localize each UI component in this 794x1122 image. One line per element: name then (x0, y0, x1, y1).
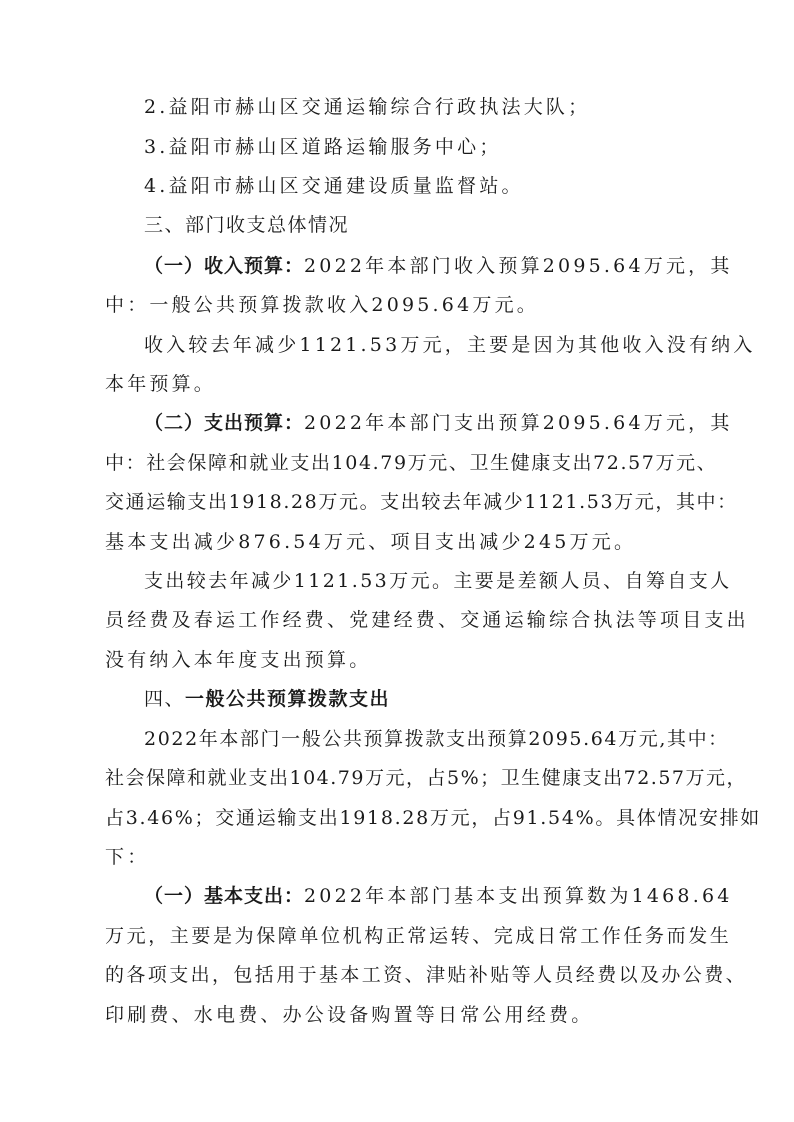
list-item-3: 3.益阳市赫山区道路运输服务中心； (144, 135, 734, 159)
expense-paragraph-line1: （二）支出预算：2022年本部门支出预算2095.64万元，其 (144, 411, 734, 435)
basic-expense-line4: 印刷费、水电费、办公设备购置等日常公用经费。 (105, 1003, 695, 1027)
income-label: （一）收入预算： (144, 255, 304, 277)
document-page: 2.益阳市赫山区交通运输综合行政执法大队； 3.益阳市赫山区道路运输服务中心； … (0, 0, 794, 1122)
expense-paragraph-line2: 中：社会保障和就业支出104.79万元、卫生健康支出72.57万元、 (105, 451, 695, 475)
expense-paragraph-line3: 交通运输支出1918.28万元。支出较去年减少1121.53万元，其中： (105, 490, 695, 514)
section4-line3: 占3.46%；交通运输支出1918.28万元，占91.54%。具体情况安排如 (105, 806, 695, 830)
expense-change-line1: 支出较去年减少1121.53万元。主要是差额人员、自筹自支人 (144, 569, 734, 593)
section-heading-3: 三、部门收支总体情况 (144, 213, 734, 237)
income-text: 2022年本部门收入预算2095.64万元，其 (304, 255, 733, 277)
income-change-line1: 收入较去年减少1121.53万元，主要是因为其他收入没有纳入 (144, 333, 734, 357)
section4-line1: 2022年本部门一般公共预算拨款支出预算2095.64万元,其中： (144, 727, 734, 751)
basic-expense-line1: （一）基本支出：2022年本部门基本支出预算数为1468.64 (144, 884, 734, 908)
expense-label: （二）支出预算： (144, 412, 304, 434)
expense-paragraph-line4: 基本支出减少876.54万元、项目支出减少245万元。 (105, 530, 695, 554)
section4-line2: 社会保障和就业支出104.79万元，占5%；卫生健康支出72.57万元， (105, 766, 695, 790)
basic-expense-line3: 的各项支出，包括用于基本工资、津贴补贴等人员经费以及办公费、 (105, 963, 695, 987)
section4-line4: 下： (105, 845, 695, 869)
income-paragraph-line1: （一）收入预算：2022年本部门收入预算2095.64万元，其 (144, 254, 734, 278)
section-heading-4-title: 一般公共预算拨款支出 (185, 688, 390, 710)
section-heading-4-prefix: 四、 (144, 688, 185, 710)
basic-expense-label: （一）基本支出： (144, 885, 304, 907)
list-item-2: 2.益阳市赫山区交通运输综合行政执法大队； (144, 95, 734, 119)
income-paragraph-line2: 中：一般公共预算拨款收入2095.64万元。 (105, 293, 695, 317)
list-item-4: 4.益阳市赫山区交通建设质量监督站。 (144, 174, 734, 198)
income-change-line2: 本年预算。 (105, 372, 695, 396)
expense-change-line3: 没有纳入本年度支出预算。 (105, 648, 695, 672)
basic-expense-text: 2022年本部门基本支出预算数为1468.64 (304, 885, 733, 907)
expense-change-line2: 员经费及春运工作经费、党建经费、交通运输综合执法等项目支出 (105, 608, 695, 632)
basic-expense-line2: 万元，主要是为保障单位机构正常运转、完成日常工作任务而发生 (105, 924, 695, 948)
section-heading-4: 四、一般公共预算拨款支出 (144, 687, 734, 711)
expense-text: 2022年本部门支出预算2095.64万元，其 (304, 412, 733, 434)
